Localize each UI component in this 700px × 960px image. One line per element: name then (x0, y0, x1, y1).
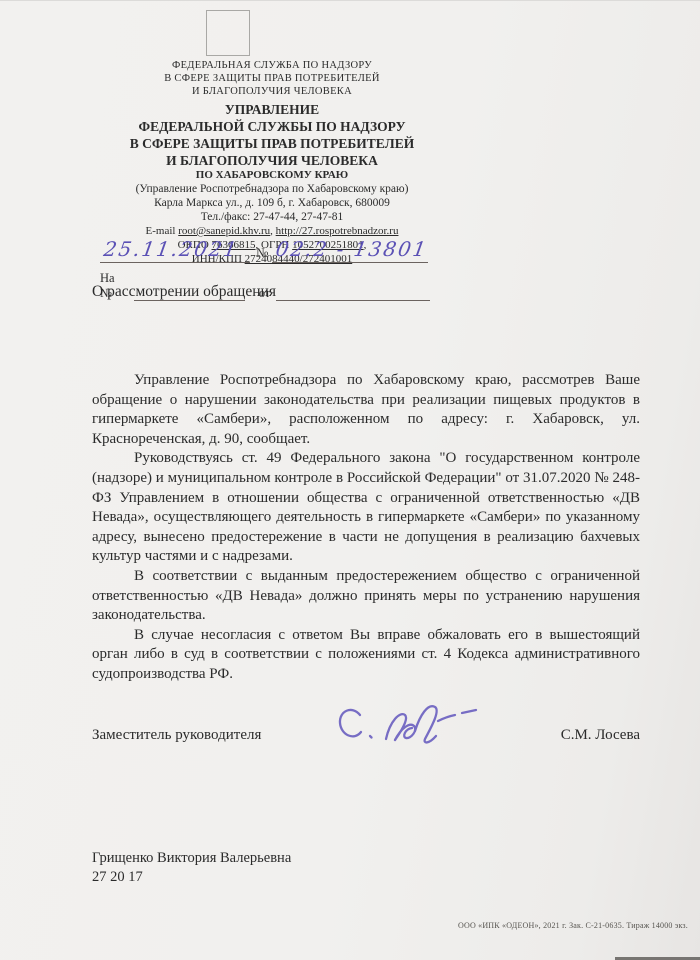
org-name-line: В СФЕРЕ ЗАЩИТЫ ПРАВ ПОТРЕБИТЕЛЕЙ (58, 135, 486, 152)
body-paragraph: В соответствии с выданным предостережени… (92, 567, 640, 626)
letter-body: Управление Роспотребнадзора по Хабаровск… (92, 371, 640, 685)
org-region-line: ПО ХАБАРОВСКОМУ КРАЮ (58, 169, 486, 182)
signature-row: Заместитель руководителя С.М. Лосева (92, 727, 640, 744)
org-email-website-line: E-mail root@sanepid.khv.ru, http://27.ro… (58, 224, 486, 238)
org-address: Карла Маркса ул., д. 109 б, г. Хабаровск… (58, 196, 486, 210)
signer-name: С.М. Лосева (561, 727, 640, 744)
scanned-letter-page: ФЕДЕРАЛЬНАЯ СЛУЖБА ПО НАДЗОРУ В СФЕРЕ ЗА… (0, 0, 700, 960)
website-text: http://27.rospotrebnadzor.ru (276, 225, 399, 237)
email-label: E-mail (146, 225, 179, 237)
signer-position: Заместитель руководителя (92, 727, 261, 744)
body-paragraph: В случае несогласия с ответом Вы вправе … (92, 626, 640, 685)
body-paragraph: Руководствуясь ст. 49 Федерального закон… (92, 449, 640, 567)
incoming-date-blank (276, 286, 430, 301)
parent-org-line: В СФЕРЕ ЗАЩИТЫ ПРАВ ПОТРЕБИТЕЛЕЙ (58, 72, 486, 85)
parent-org-line: И БЛАГОПОЛУЧИЯ ЧЕЛОВЕКА (58, 85, 486, 98)
number-sign: № (256, 245, 268, 261)
executor-phone: 27 20 17 (92, 868, 291, 887)
emblem-placeholder-box (206, 10, 250, 56)
outgoing-date-field: 25.11.2021 (100, 237, 250, 263)
outgoing-number-field: 02.2 - 13801 (272, 237, 428, 263)
outgoing-reference-row: 25.11.2021 № 02.2 - 13801 (100, 237, 430, 263)
subject-line: О рассмотрении обращения (92, 283, 276, 301)
executor-name: Грищенко Виктория Валерьевна (92, 849, 291, 868)
print-shop-note: ООО «ИПК «ОДЕОН», 2021 г. Зак. С-21-0635… (458, 921, 688, 930)
executor-block: Грищенко Виктория Валерьевна 27 20 17 (92, 849, 291, 887)
body-paragraph: Управление Роспотребнадзора по Хабаровск… (92, 371, 640, 449)
letterhead: ФЕДЕРАЛЬНАЯ СЛУЖБА ПО НАДЗОРУ В СФЕРЕ ЗА… (58, 59, 486, 266)
org-name-line: ФЕДЕРАЛЬНОЙ СЛУЖБЫ ПО НАДЗОРУ (58, 118, 486, 135)
org-phone: Тел./факс: 27-47-44, 27-47-81 (58, 210, 486, 224)
org-short-name: (Управление Роспотребнадзора по Хабаровс… (58, 182, 486, 196)
org-name-line: И БЛАГОПОЛУЧИЯ ЧЕЛОВЕКА (58, 152, 486, 169)
email-text: root@sanepid.khv.ru (178, 225, 270, 237)
org-name-line: УПРАВЛЕНИЕ (58, 101, 486, 118)
outgoing-date-handwritten: 25.11.2021 (102, 237, 240, 261)
parent-org-line: ФЕДЕРАЛЬНАЯ СЛУЖБА ПО НАДЗОРУ (58, 59, 486, 72)
outgoing-number-handwritten: 02.2 - 13801 (275, 237, 430, 261)
